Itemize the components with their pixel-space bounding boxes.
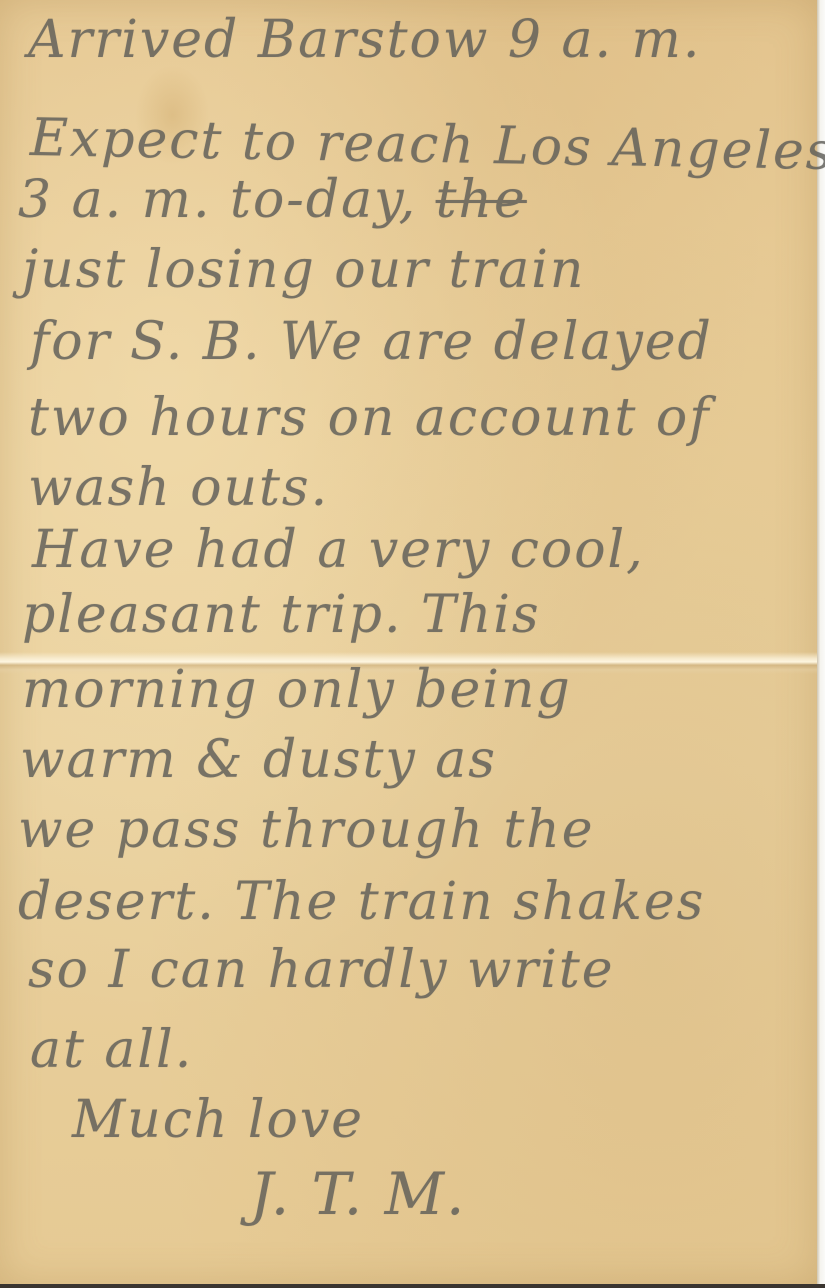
letter-line-3-text: 3 a. m. to-day, xyxy=(18,170,417,230)
letter-line-11: warm & dusty as xyxy=(20,730,497,790)
struck-word: the xyxy=(436,170,527,230)
letter-line-10: morning only being xyxy=(22,660,572,720)
letter-line-6: two hours on account of xyxy=(28,388,710,448)
letter-line-3: 3 a. m. to-day, the xyxy=(18,170,527,230)
scan-bottom-edge xyxy=(0,1284,825,1288)
letter-line-1: Arrived Barstow 9 a. m. xyxy=(28,10,701,70)
letter-line-4: just losing our train xyxy=(22,240,585,300)
letter-line-8: Have had a very cool, xyxy=(32,520,645,580)
scan-right-edge xyxy=(817,0,825,1288)
letter-line-5: for S. B. We are delayed xyxy=(30,312,713,372)
letter-line-13: desert. The train shakes xyxy=(18,872,705,932)
letter-line-9: pleasant trip. This xyxy=(22,585,541,645)
handwritten-letter: Arrived Barstow 9 a. m. Expect to reach … xyxy=(0,0,817,1284)
letter-line-7: wash outs. xyxy=(28,458,329,518)
letter-line-15: at all. xyxy=(30,1020,193,1080)
letter-line-12: we pass through the xyxy=(18,800,595,860)
letter-line-14: so I can hardly write xyxy=(28,940,615,1000)
closing-line: Much love xyxy=(72,1090,364,1150)
signature: J. T. M. xyxy=(250,1160,466,1228)
